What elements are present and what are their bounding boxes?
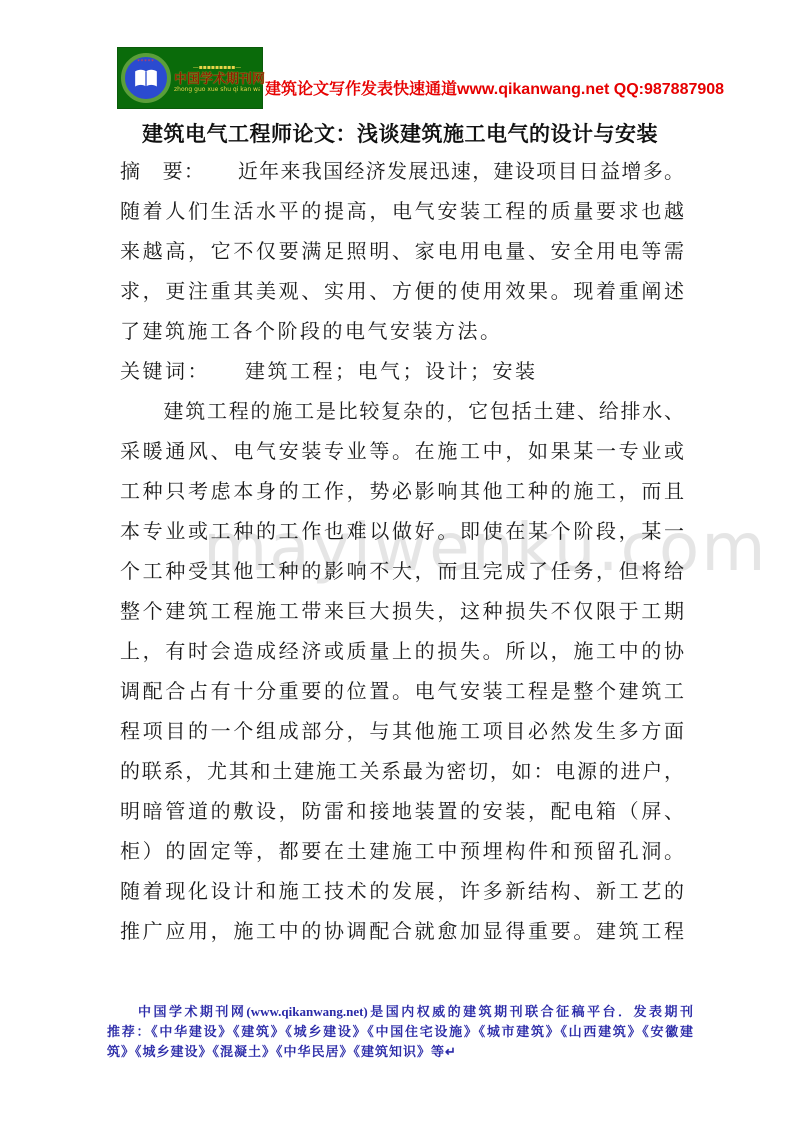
body-line: 随着现化设计和施工技术的发展，许多新结构、新工艺的 [120, 872, 684, 912]
footer-line: 中国学术期刊网(www.qikanwang.net)是国内权威的建筑期刊联合征稿… [107, 1002, 693, 1022]
logo-emblem: ***** [121, 53, 171, 103]
body-line: 求，更注重其美观、实用、方便的使用效果。现着重阐述 [120, 272, 684, 312]
body-line: 随着人们生活水平的提高，电气安装工程的质量要求也越 [120, 192, 684, 232]
body-line: 明暗管道的敷设，防雷和接地装置的安装，配电箱（屏、 [120, 792, 684, 832]
article-body: 摘 要： 近年来我国经济发展迅速，建设项目日益增多。 随着人们生活水平的提高，电… [120, 152, 684, 952]
body-line: 采暖通风、电气安装专业等。在施工中，如果某一专业或 [120, 432, 684, 472]
body-line: 柜）的固定等，都要在土建施工中预埋构件和预留孔洞。 [120, 832, 684, 872]
body-line: 来越高，它不仅要满足照明、家电用电量、安全用电等需 [120, 232, 684, 272]
body-line: 程项目的一个组成部分，与其他施工项目必然发生多方面 [120, 712, 684, 752]
keywords-line: 关键词： 建筑工程；电气；设计；安装 [120, 352, 684, 392]
footer-line: 筑》《城乡建设》《混凝土》《中华民居》《建筑知识》等↵ [107, 1042, 693, 1062]
stars-icon: ***** [125, 60, 167, 65]
body-line: 调配合占有十分重要的位置。电气安装工程是整个建筑工 [120, 672, 684, 712]
page-title: 建筑电气工程师论文：浅谈建筑施工电气的设计与安装 [0, 119, 800, 149]
document-page: ***** —▪▪▪▪▪▪▪▪▪— 中国学术期刊网 zhong guo xue … [0, 0, 800, 1132]
abstract-line: 摘 要： 近年来我国经济发展迅速，建设项目日益增多。 [120, 152, 684, 192]
body-line: 的联系，尤其和土建施工关系最为密切，如：电源的进户， [120, 752, 684, 792]
header-slogan: 建筑论文写作发表快速通道www.qikanwang.net QQ:9878879… [265, 79, 724, 100]
logo-text-block: —▪▪▪▪▪▪▪▪▪— 中国学术期刊网 zhong guo xue shu qi… [171, 62, 262, 95]
body-line: 个工种受其他工种的影响不大，而且完成了任务，但将给 [120, 552, 684, 592]
body-line: 了建筑施工各个阶段的电气安装方法。 [120, 312, 684, 352]
logo-top-decor: —▪▪▪▪▪▪▪▪▪— [174, 64, 260, 71]
body-line: 上，有时会造成经济或质量上的损失。所以，施工中的协 [120, 632, 684, 672]
logo-site-name: 中国学术期刊网 [174, 71, 260, 86]
journal-logo: ***** —▪▪▪▪▪▪▪▪▪— 中国学术期刊网 zhong guo xue … [118, 48, 262, 108]
body-line: 整个建筑工程施工带来巨大损失，这种损失不仅限于工期 [120, 592, 684, 632]
open-book-icon [133, 69, 159, 91]
body-line: 建筑工程的施工是比较复杂的，它包括土建、给排水、 [120, 392, 684, 432]
body-line: 工种只考虑本身的工作，势必影响其他工种的施工，而且 [120, 472, 684, 512]
logo-pinyin-text: zhong guo xue shu qi kan wang [174, 86, 260, 93]
body-line: 推广应用，施工中的协调配合就愈加显得重要。建筑工程 [120, 912, 684, 952]
footer-promo: 中国学术期刊网(www.qikanwang.net)是国内权威的建筑期刊联合征稿… [107, 1002, 693, 1062]
body-line: 本专业或工种的工作也难以做好。即使在某个阶段，某一 [120, 512, 684, 552]
footer-line: 推荐：《中华建设》《建筑》《城乡建设》《中国住宅设施》《城市建筑》《山西建筑》《… [107, 1022, 693, 1042]
